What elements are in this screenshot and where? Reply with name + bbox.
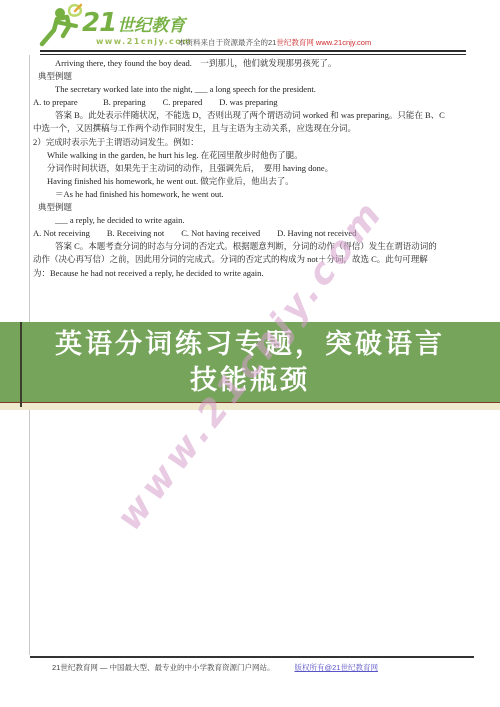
doc-line: 中选一个，又因撰稿与工作两个动作同时发生，且与主语为主动关系，应选现在分词。 — [33, 122, 474, 135]
doc-section-heading: 典型例题 — [33, 201, 474, 214]
doc-rule-heading: 2）完成时表示先于主谓语动词发生。例如： — [33, 136, 474, 149]
title-banner: 英语分词练习专题，突破语言 技能瓶颈 — [0, 322, 500, 407]
banner-title-line1: 英语分词练习专题，突破语言 — [0, 327, 500, 363]
running-figure-logo-icon — [36, 2, 88, 48]
doc-line: 动作（决心再写信）之前，因此用分词的完成式。分词的否定式的构成为 not＋分词，… — [33, 253, 474, 266]
doc-options-line: A. Not receiving B. Receiving not C. Not… — [33, 227, 474, 240]
tagline-text: 本资料来自于资源最齐全的21 — [178, 38, 276, 47]
doc-answer-line: 答案 C。本题考查分词的时态与分词的否定式。根据题意判断，分词的动作（得信）发生… — [33, 240, 474, 253]
doc-section-heading: 典型例题 — [33, 70, 474, 83]
page-footer: 21世纪教育网 — 中国最大型、最专业的中小学教育资源门户网站。版权所有@21世… — [52, 662, 474, 673]
doc-line: The secretary worked late into the night… — [33, 83, 474, 96]
footer-copyright-link[interactable]: 版权所有@21世纪教育网 — [295, 663, 378, 672]
banner-cream-strip — [0, 403, 500, 410]
doc-line: While walking in the garden, he hurt his… — [33, 149, 474, 162]
tagline-site-link[interactable]: 世纪教育网 www.21cnjy.com — [276, 38, 371, 47]
logo-brand-name: 世纪教育 — [117, 18, 185, 35]
footer-divider — [30, 656, 474, 658]
doc-line: 为：Because he had not received a reply, h… — [33, 267, 474, 280]
banner-left-edge — [20, 322, 22, 407]
doc-line: ＝As he had finished his homework, he wen… — [33, 188, 474, 201]
doc-line: 分词作时间状语，如果先于主动词的动作，且强调先后， 要用 having done… — [33, 162, 474, 175]
site-logo: 21 世纪教育 www.21cnjy.com — [36, 2, 192, 48]
header-tagline: 本资料来自于资源最齐全的21世纪教育网 www.21cnjy.com — [178, 37, 371, 48]
footer-text: 21世纪教育网 — 中国最大型、最专业的中小学教育资源门户网站。 — [52, 663, 275, 672]
doc-line: Having finished his homework, he went ou… — [33, 175, 474, 188]
doc-answer-line: 答案 B。此处表示伴随状况，不能选 D，否则出现了两个谓语动词 worked 和… — [33, 109, 474, 122]
document-body: Arriving there, they found the boy dead.… — [33, 57, 474, 280]
logo-number: 21 — [82, 10, 116, 36]
doc-line: ___ a reply, he decided to write again. — [33, 214, 474, 227]
header-divider — [40, 50, 466, 55]
doc-line: Arriving there, they found the boy dead.… — [33, 57, 474, 70]
banner-title-line2: 技能瓶颈 — [0, 363, 500, 399]
doc-options-line: A. to prepare B. preparing C. prepared D… — [33, 96, 474, 109]
